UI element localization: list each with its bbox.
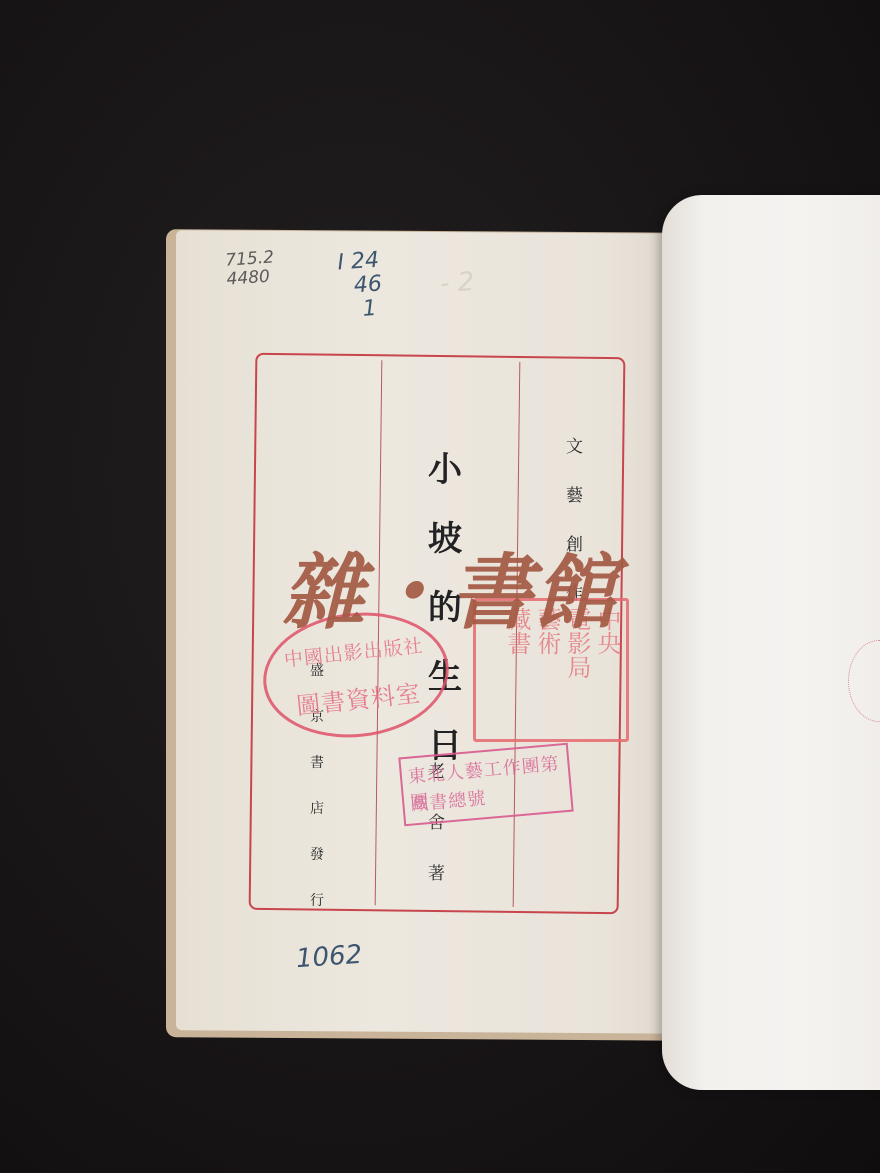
publisher-char: 行: [310, 890, 324, 910]
facing-page: [662, 195, 880, 1090]
rectangular-collection-stamp: 東北人藝工作團第團 藏書總號: [398, 743, 573, 827]
publisher-char: 店: [310, 798, 324, 818]
rect-stamp-line-2: 藏書總號: [409, 784, 487, 817]
series-char: 文: [566, 432, 583, 457]
title-char: 小: [428, 442, 462, 491]
blue-line-3: 1: [355, 296, 385, 322]
faint-pencil-mark: - 2: [439, 267, 475, 299]
publisher-char: 發: [310, 844, 324, 864]
pencil-call-number: 715.2 4480: [225, 248, 276, 289]
series-char: 藝: [566, 481, 583, 506]
blue-line-2: 46: [353, 272, 383, 298]
blue-ink-numbers: I 24 46 1: [336, 249, 385, 324]
publisher-char: 書: [310, 752, 324, 772]
bottom-handwritten-number: 1062: [295, 943, 363, 972]
author-char: 著: [428, 859, 445, 884]
watermark-text: 雜・書館: [282, 528, 618, 645]
call-number-line-2: 4480: [226, 267, 276, 289]
